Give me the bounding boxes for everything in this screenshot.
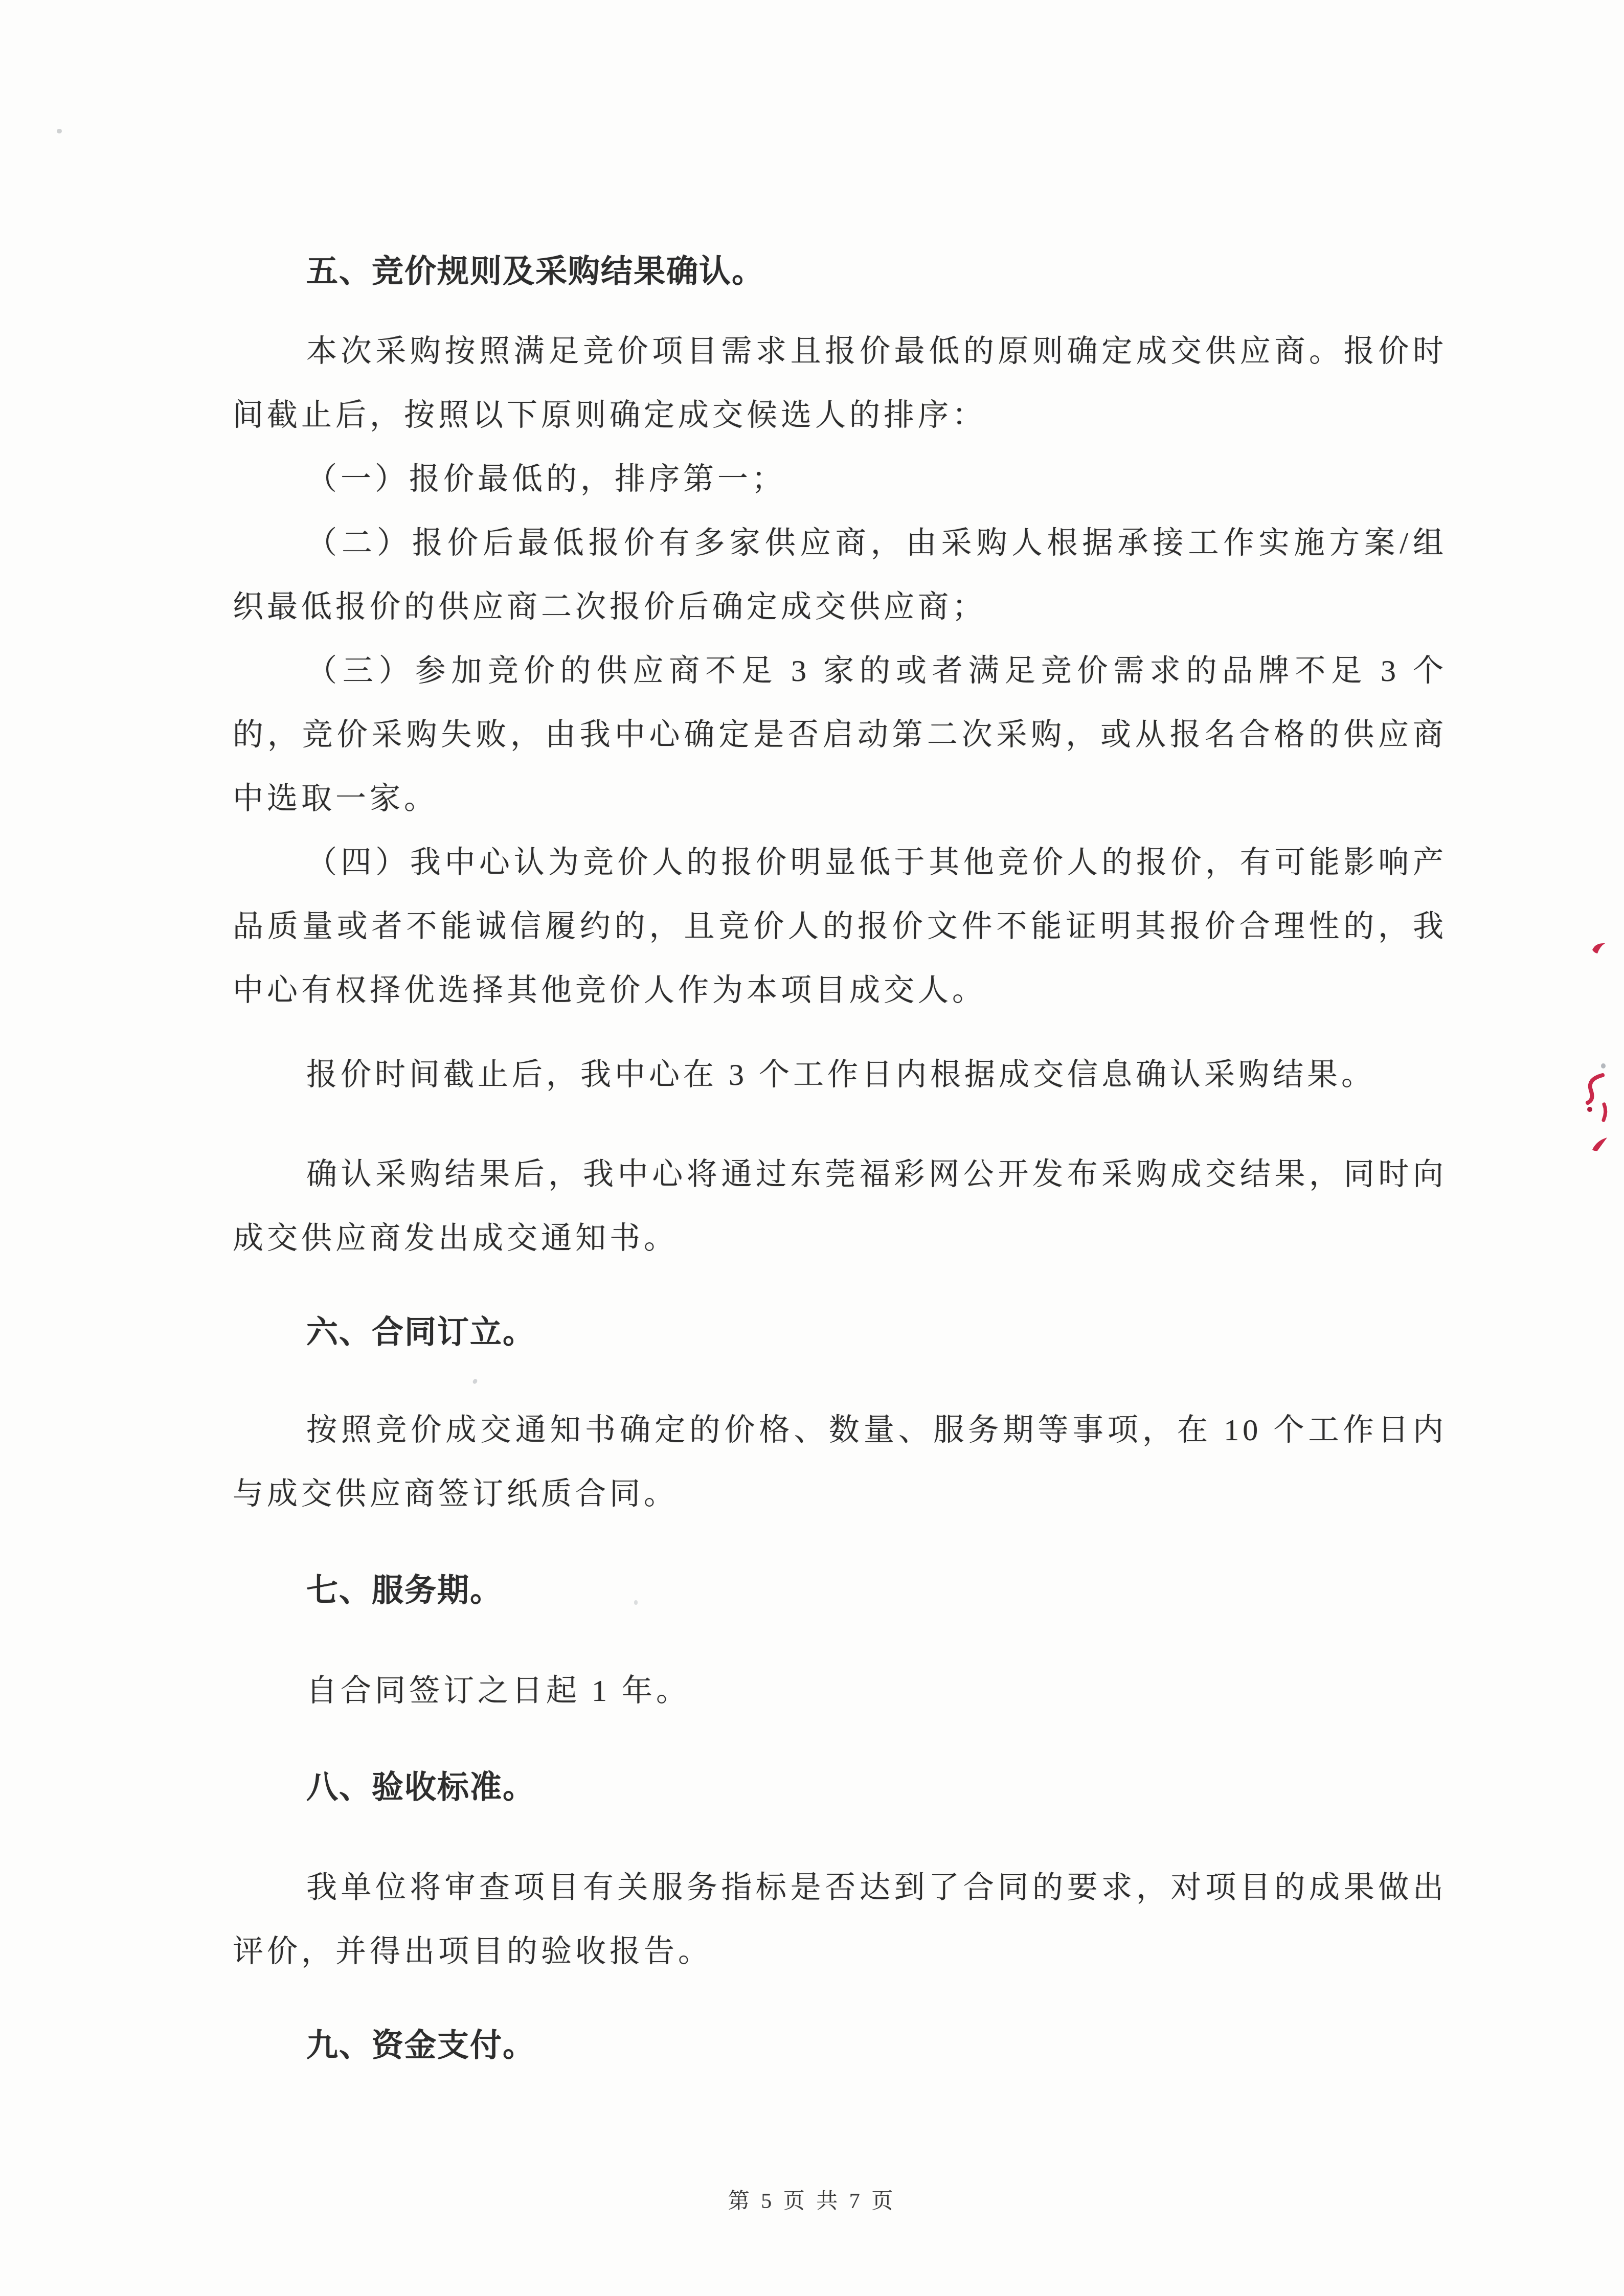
red-ink-mark-bottom (1590, 1136, 1609, 1154)
red-ink-path (1592, 943, 1605, 953)
paragraph-service-period: 自合同签订之日起 1 年。 (233, 1659, 1447, 1723)
scan-speck (1601, 1063, 1606, 1069)
red-ink-curve (1588, 1075, 1603, 1103)
section-heading-8: 八、验收标准。 (233, 1756, 1447, 1820)
paragraph-result-confirm: 报价时间截止后，我中心在 3 个工作日内根据成交信息确认采购结果。 (233, 1043, 1447, 1107)
red-ink-tick (1604, 1104, 1606, 1120)
list-item-4: （四）我中心认为竞价人的报价明显低于其他竞价人的报价，有可能影响产品质量或者不能… (233, 831, 1447, 1022)
paragraph-result-publish: 确认采购结果后，我中心将通过东莞福彩网公开发布采购成交结果，同时向成交供应商发出… (233, 1143, 1447, 1270)
scan-speck (634, 1600, 638, 1605)
list-item-1: （一）报价最低的，排序第一； (233, 447, 1447, 511)
scan-speck (57, 129, 62, 133)
paragraph-contract-signing: 按照竞价成交通知书确定的价格、数量、服务期等事项，在 10 个工作日内与成交供应… (233, 1398, 1447, 1526)
red-ink-mark-middle (1583, 1073, 1611, 1124)
red-ink-dot (1587, 1107, 1592, 1112)
paragraph-acceptance: 我单位将审查项目有关服务指标是否达到了合同的要求，对项目的成果做出评价，并得出项… (233, 1856, 1447, 1984)
red-ink-mark-top (1591, 942, 1607, 955)
list-item-3: （三）参加竞价的供应商不足 3 家的或者满足竞价需求的品牌不足 3 个的，竞价采… (233, 639, 1447, 831)
list-item-2: （二）报价后最低报价有多家供应商，由采购人根据承接工作实施方案/组织最低报价的供… (233, 511, 1447, 639)
document-page: 五、竞价规则及采购结果确认。 本次采购按照满足竞价项目需求且报价最低的原则确定成… (0, 0, 1624, 2296)
section-heading-5: 五、竞价规则及采购结果确认。 (233, 240, 1447, 304)
scan-speck (472, 1378, 478, 1385)
section-heading-6: 六、合同订立。 (233, 1301, 1447, 1365)
red-ink-path (1592, 1138, 1607, 1151)
page-footer: 第 5 页 共 7 页 (0, 2184, 1624, 2215)
paragraph-bidding-principle: 本次采购按照满足竞价项目需求且报价最低的原则确定成交供应商。报价时间截止后，按照… (233, 320, 1447, 447)
section-heading-7: 七、服务期。 (233, 1559, 1447, 1623)
section-heading-9: 九、资金支付。 (233, 2014, 1447, 2078)
